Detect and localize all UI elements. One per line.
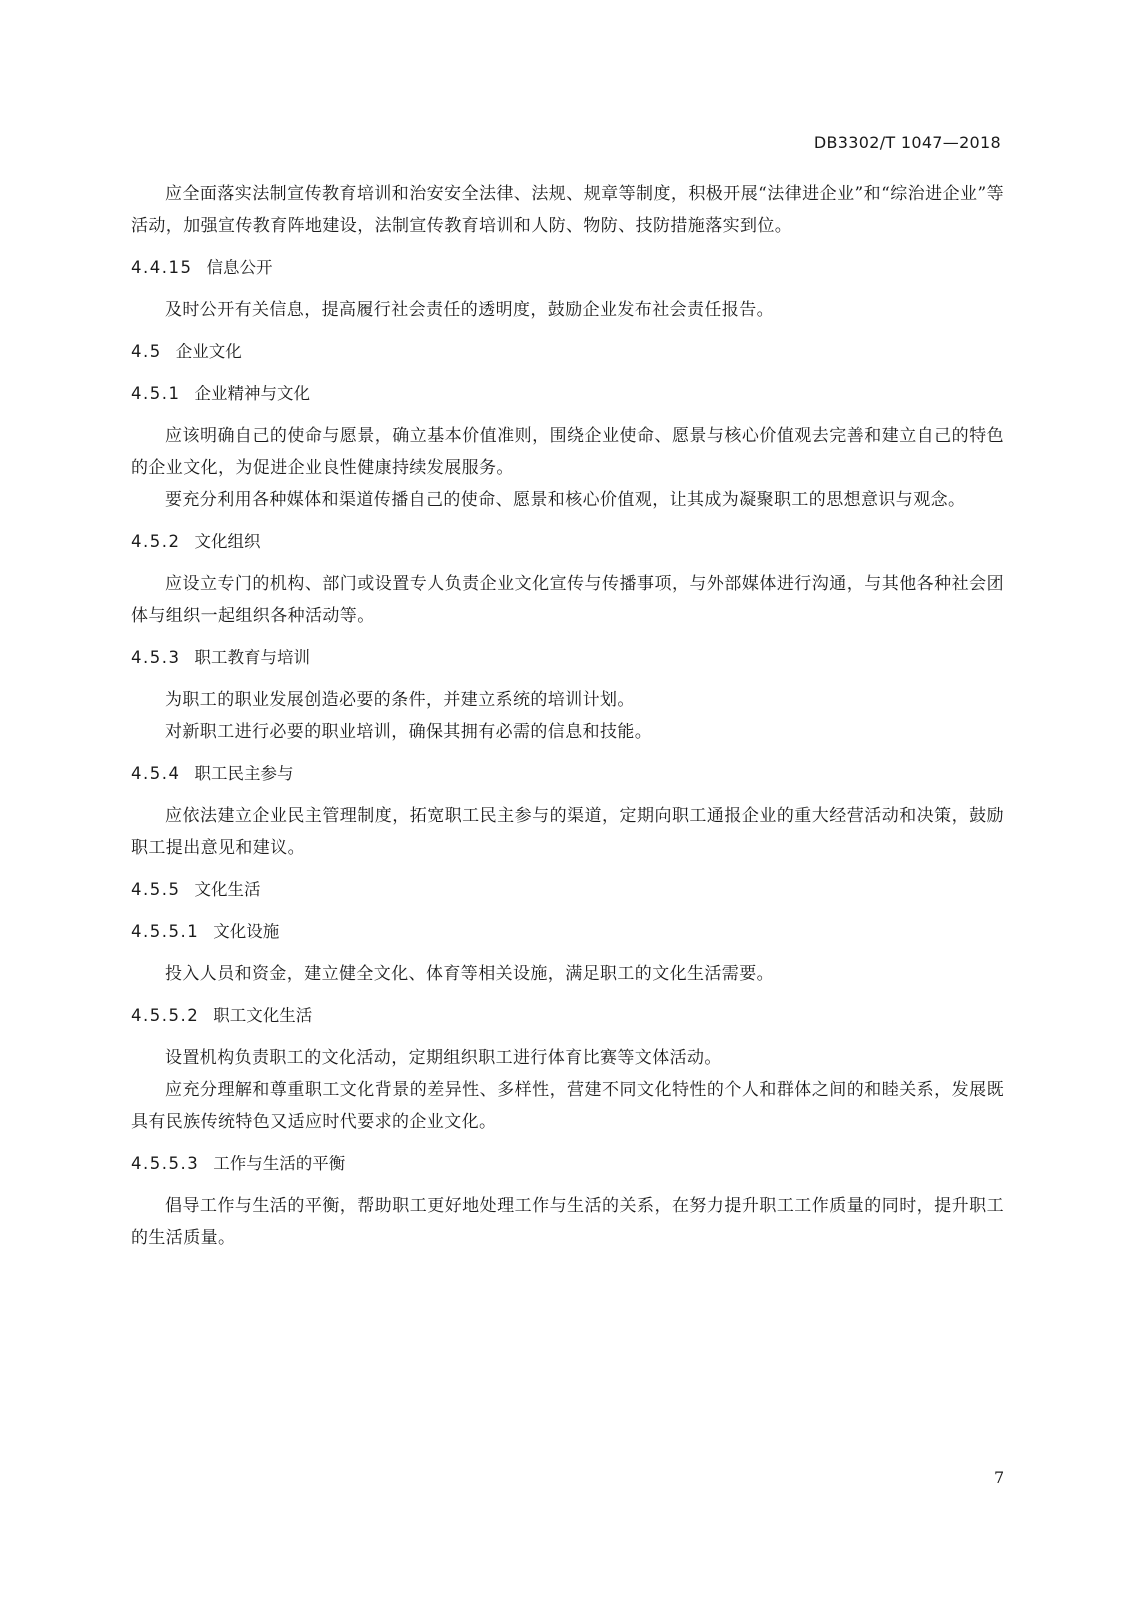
- paragraph-career-development: 为职工的职业发展创造必要的条件，并建立系统的培训计划。: [131, 684, 1004, 716]
- section-title: 企业精神与文化: [194, 378, 310, 410]
- paragraph-information-disclosure: 及时公开有关信息，提高履行社会责任的透明度，鼓励企业发布社会责任报告。: [131, 294, 1004, 326]
- paragraph-cultural-activities: 设置机构负责职工的文化活动，定期组织职工进行体育比赛等文体活动。: [131, 1042, 1004, 1074]
- section-number: 4.5: [131, 336, 162, 368]
- section-title: 文化设施: [213, 916, 279, 948]
- section-heading-4-5-3: 4.5.3 职工教育与培训: [131, 642, 1004, 674]
- paragraph-democratic-management: 应依法建立企业民主管理制度，拓宽职工民主参与的渠道，定期向职工通报企业的重大经营…: [131, 800, 1004, 864]
- document-code-header: DB3302/T 1047—2018: [814, 133, 1001, 152]
- section-heading-4-5-2: 4.5.2 文化组织: [131, 526, 1004, 558]
- document-page: DB3302/T 1047—2018 应全面落实法制宣传教育培训和治安安全法律、…: [0, 0, 1131, 1600]
- paragraph-work-life-balance: 倡导工作与生活的平衡，帮助职工更好地处理工作与生活的关系，在努力提升职工工作质量…: [131, 1190, 1004, 1254]
- paragraph-cultural-facilities: 投入人员和资金，建立健全文化、体育等相关设施，满足职工的文化生活需要。: [131, 958, 1004, 990]
- section-heading-4-5-5-2: 4.5.5.2 职工文化生活: [131, 1000, 1004, 1032]
- section-title: 职工文化生活: [213, 1000, 312, 1032]
- paragraph-cultural-diversity: 应充分理解和尊重职工文化背景的差异性、多样性，营建不同文化特性的个人和群体之间的…: [131, 1074, 1004, 1138]
- section-number: 4.5.3: [131, 642, 180, 674]
- section-title: 企业文化: [176, 336, 242, 368]
- section-title: 文化生活: [194, 874, 260, 906]
- section-title: 文化组织: [194, 526, 260, 558]
- section-title: 工作与生活的平衡: [213, 1148, 345, 1180]
- section-number: 4.5.5.2: [131, 1000, 199, 1032]
- paragraph-media-channels: 要充分利用各种媒体和渠道传播自己的使命、愿景和核心价值观，让其成为凝聚职工的思想…: [131, 484, 1004, 516]
- section-title: 信息公开: [206, 252, 272, 284]
- paragraph-new-staff-training: 对新职工进行必要的职业培训，确保其拥有必需的信息和技能。: [131, 716, 1004, 748]
- section-heading-4-5-4: 4.5.4 职工民主参与: [131, 758, 1004, 790]
- document-body: 应全面落实法制宣传教育培训和治安安全法律、法规、规章等制度，积极开展“法律进企业…: [131, 178, 1004, 1254]
- section-number: 4.5.4: [131, 758, 180, 790]
- section-number: 4.5.2: [131, 526, 180, 558]
- section-heading-4-4-15: 4.4.15 信息公开: [131, 252, 1004, 284]
- section-heading-4-5: 4.5 企业文化: [131, 336, 1004, 368]
- section-heading-4-5-1: 4.5.1 企业精神与文化: [131, 378, 1004, 410]
- section-number: 4.5.5: [131, 874, 180, 906]
- section-number: 4.5.5.1: [131, 916, 199, 948]
- paragraph-culture-organization: 应设立专门的机构、部门或设置专人负责企业文化宣传与传播事项，与外部媒体进行沟通，…: [131, 568, 1004, 632]
- section-number: 4.5.5.3: [131, 1148, 199, 1180]
- paragraph-mission-vision: 应该明确自己的使命与愿景，确立基本价值准则，围绕企业使命、愿景与核心价值观去完善…: [131, 420, 1004, 484]
- paragraph-legal-education: 应全面落实法制宣传教育培训和治安安全法律、法规、规章等制度，积极开展“法律进企业…: [131, 178, 1004, 242]
- section-heading-4-5-5-1: 4.5.5.1 文化设施: [131, 916, 1004, 948]
- section-title: 职工教育与培训: [194, 642, 310, 674]
- section-number: 4.5.1: [131, 378, 180, 410]
- section-number: 4.4.15: [131, 252, 192, 284]
- page-number: 7: [994, 1468, 1004, 1487]
- section-heading-4-5-5: 4.5.5 文化生活: [131, 874, 1004, 906]
- section-heading-4-5-5-3: 4.5.5.3 工作与生活的平衡: [131, 1148, 1004, 1180]
- section-title: 职工民主参与: [194, 758, 293, 790]
